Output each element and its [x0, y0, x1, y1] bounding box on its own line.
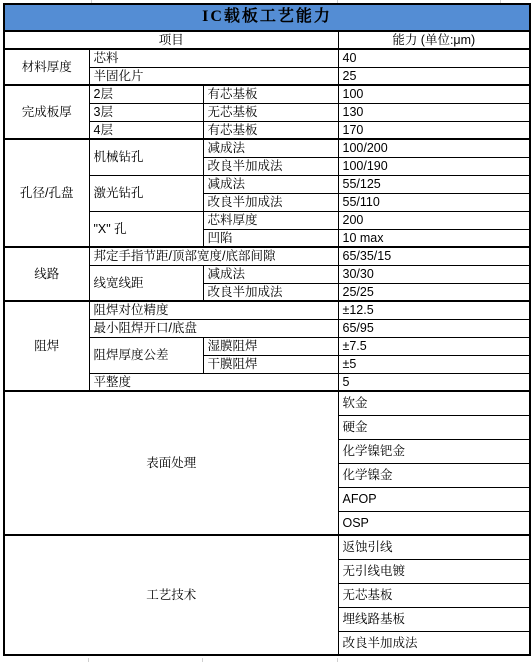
- item-cell: 半固化片: [89, 67, 338, 85]
- sub-item-cell: 减成法: [203, 265, 338, 283]
- value-cell: 100: [338, 85, 530, 103]
- category-cell: 表面处理: [4, 391, 338, 535]
- sub-item-cell: 凹陷: [203, 229, 338, 247]
- value-cell: ±7.5: [338, 337, 530, 355]
- item-cell: 3层: [89, 103, 203, 121]
- sub-item-cell: 减成法: [203, 175, 338, 193]
- value-cell: 化学镍金: [338, 463, 530, 487]
- value-cell: 10 max: [338, 229, 530, 247]
- category-cell: 线路: [4, 247, 89, 301]
- gridline-stub: [88, 658, 89, 662]
- value-cell: 埋线路基板: [338, 607, 530, 631]
- value-cell: 55/110: [338, 193, 530, 211]
- sub-item-cell: 无芯基板: [203, 103, 338, 121]
- item-cell: 阻焊对位精度: [89, 301, 338, 319]
- value-cell: AFOP: [338, 487, 530, 511]
- item-cell: 线宽线距: [89, 265, 203, 301]
- item-cell: 最小阻焊开口/底盘: [89, 319, 338, 337]
- value-cell: 130: [338, 103, 530, 121]
- gridline-stub: [202, 658, 203, 662]
- item-cell: 平整度: [89, 373, 338, 391]
- sub-item-cell: 干膜阻焊: [203, 355, 338, 373]
- value-cell: ±5: [338, 355, 530, 373]
- value-cell: 硬金: [338, 415, 530, 439]
- value-cell: 170: [338, 121, 530, 139]
- value-cell: 改良半加成法: [338, 631, 530, 655]
- item-cell: 2层: [89, 85, 203, 103]
- value-cell: 软金: [338, 391, 530, 415]
- value-cell: 无芯基板: [338, 583, 530, 607]
- category-cell: 材料厚度: [4, 49, 89, 85]
- page-title: IC载板工艺能力: [4, 4, 530, 31]
- gridline-stub: [337, 0, 338, 3]
- value-cell: 65/95: [338, 319, 530, 337]
- item-cell: "X" 孔: [89, 211, 203, 247]
- sub-item-cell: 改良半加成法: [203, 193, 338, 211]
- value-cell: 40: [338, 49, 530, 67]
- value-cell: OSP: [338, 511, 530, 535]
- column-header-item: 项目: [4, 31, 338, 49]
- category-cell: 孔径/孔盘: [4, 139, 89, 247]
- value-cell: 100/190: [338, 157, 530, 175]
- item-cell: 芯料: [89, 49, 338, 67]
- sub-item-cell: 有芯基板: [203, 121, 338, 139]
- value-cell: 65/35/15: [338, 247, 530, 265]
- category-cell: 阻焊: [4, 301, 89, 391]
- item-cell: 邦定手指节距/顶部宽度/底部间隙: [89, 247, 338, 265]
- value-cell: 25: [338, 67, 530, 85]
- item-cell: 4层: [89, 121, 203, 139]
- value-cell: 55/125: [338, 175, 530, 193]
- ic-substrate-capability-table: IC载板工艺能力 项目 能力 (单位:μm) 材料厚度 芯料 40 半固化片 2…: [3, 3, 531, 656]
- value-cell: ±12.5: [338, 301, 530, 319]
- value-cell: 无引线电镀: [338, 559, 530, 583]
- item-cell: 阻焊厚度公差: [89, 337, 203, 373]
- category-cell: 工艺技术: [4, 535, 338, 655]
- sub-item-cell: 有芯基板: [203, 85, 338, 103]
- sub-item-cell: 减成法: [203, 139, 338, 157]
- category-cell: 完成板厚: [4, 85, 89, 139]
- value-cell: 200: [338, 211, 530, 229]
- sub-item-cell: 改良半加成法: [203, 283, 338, 301]
- value-cell: 化学镍钯金: [338, 439, 530, 463]
- gridline-stub: [91, 0, 92, 3]
- sub-item-cell: 芯料厚度: [203, 211, 338, 229]
- value-cell: 30/30: [338, 265, 530, 283]
- gridline-stub: [500, 0, 501, 3]
- value-cell: 100/200: [338, 139, 530, 157]
- value-cell: 5: [338, 373, 530, 391]
- gridline-stub: [337, 658, 338, 662]
- ic-substrate-capability-sheet: IC载板工艺能力 项目 能力 (单位:μm) 材料厚度 芯料 40 半固化片 2…: [0, 0, 532, 662]
- value-cell: 25/25: [338, 283, 530, 301]
- item-cell: 机械钻孔: [89, 139, 203, 175]
- sub-item-cell: 改良半加成法: [203, 157, 338, 175]
- column-header-capability: 能力 (单位:μm): [338, 31, 530, 49]
- sub-item-cell: 湿膜阻焊: [203, 337, 338, 355]
- item-cell: 激光钻孔: [89, 175, 203, 211]
- value-cell: 返蚀引线: [338, 535, 530, 559]
